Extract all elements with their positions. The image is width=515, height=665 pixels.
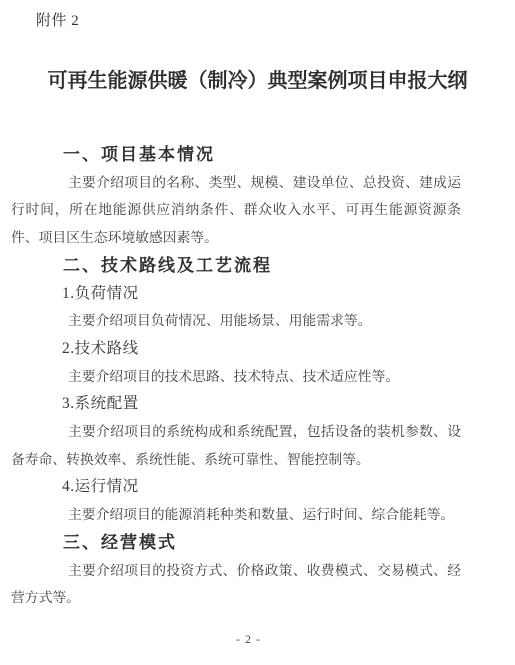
page-number: - 2 - xyxy=(0,631,497,647)
section-heading-basic-info: 一、项目基本情况 xyxy=(11,141,461,169)
subsection-load-paragraph: 主要介绍项目负荷情况、用能场景、用能需求等。 xyxy=(11,307,461,335)
section-heading-tech-route: 二、技术路线及工艺流程 xyxy=(11,252,461,280)
subsection-heading-operation: 4.运行情况 xyxy=(11,473,461,501)
subsection-heading-tech-line: 2.技术路线 xyxy=(11,335,461,363)
section-heading-business-model: 三、经营模式 xyxy=(11,529,461,557)
section-business-model: 三、经营模式 主要介绍项目的投资方式、价格政策、收费模式、交易模式、经营方式等。 xyxy=(11,529,461,612)
document-title: 可再生能源供暖（制冷）典型案例项目申报大纲 xyxy=(0,66,515,96)
document-page: 附件 2 可再生能源供暖（制冷）典型案例项目申报大纲 一、项目基本情况 主要介绍… xyxy=(0,0,515,665)
subsection-heading-load: 1.负荷情况 xyxy=(11,280,461,308)
subsection-system-config-paragraph: 主要介绍项目的系统构成和系统配置，包括设备的装机参数、设备寿命、转换效率、系统性… xyxy=(11,418,461,473)
section-basic-info-paragraph: 主要介绍项目的名称、类型、规模、建设单位、总投资、建成运行时间，所在地能源供应消… xyxy=(11,169,461,252)
subsection-operation-paragraph: 主要介绍项目的能源消耗种类和数量、运行时间、综合能耗等。 xyxy=(11,501,461,529)
subsection-heading-system-config: 3.系统配置 xyxy=(11,390,461,418)
subsection-tech-line-paragraph: 主要介绍项目的技术思路、技术特点、技术适应性等。 xyxy=(11,363,461,391)
section-basic-info: 一、项目基本情况 主要介绍项目的名称、类型、规模、建设单位、总投资、建成运行时间… xyxy=(11,141,461,252)
document-body: 一、项目基本情况 主要介绍项目的名称、类型、规模、建设单位、总投资、建成运行时间… xyxy=(11,141,461,612)
attachment-label: 附件 2 xyxy=(36,11,79,31)
section-business-model-paragraph: 主要介绍项目的投资方式、价格政策、收费模式、交易模式、经营方式等。 xyxy=(11,557,461,612)
section-tech-route: 二、技术路线及工艺流程 1.负荷情况 主要介绍项目负荷情况、用能场景、用能需求等… xyxy=(11,252,461,529)
